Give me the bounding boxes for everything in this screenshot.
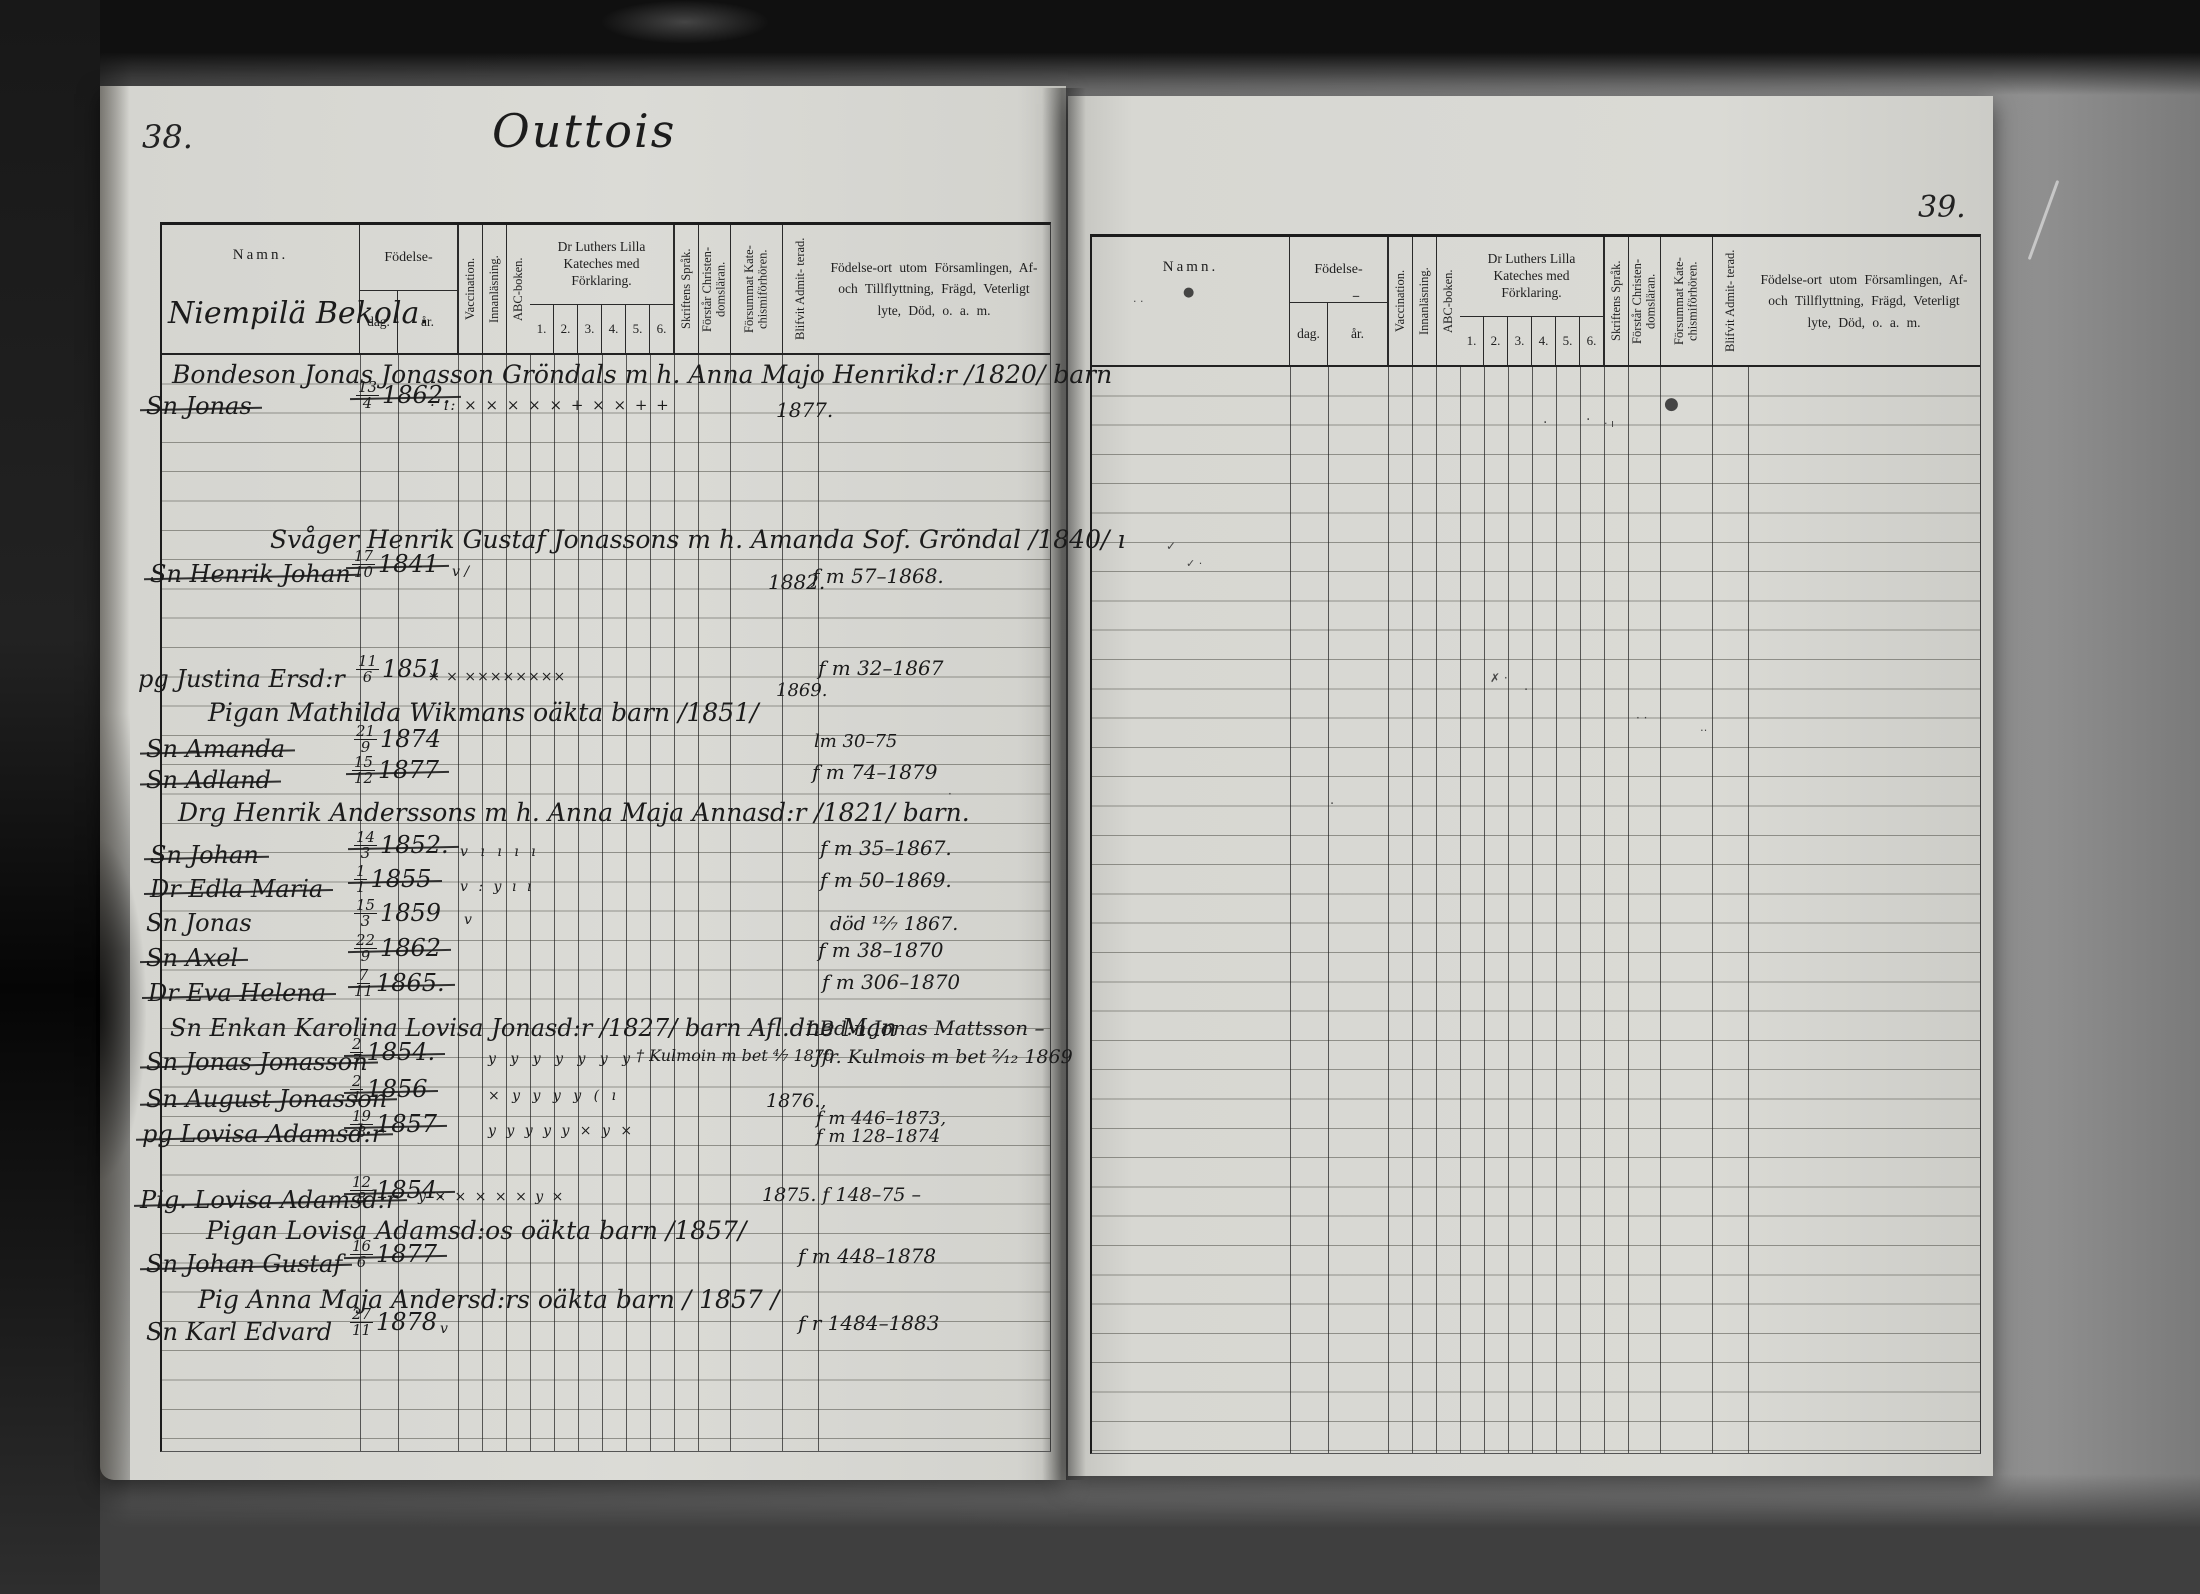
background-left-edge (0, 0, 100, 1594)
column-line (578, 355, 579, 1451)
col-katekes-1: 1. (530, 305, 554, 353)
scratch-mark (2028, 180, 2060, 260)
col-katekes-2: 2. (1484, 317, 1508, 365)
col-namn-label: Namn. (1163, 259, 1218, 276)
col-birth-year-label: år. (1328, 303, 1387, 365)
column-line (1290, 367, 1291, 1453)
col-abc-boken: ABC-boken. (506, 225, 530, 353)
col-birth-subrow: dag. år. (360, 291, 457, 353)
column-line (1460, 367, 1461, 1453)
column-line (482, 355, 483, 1451)
col-forstar-christendomslaran: Förstår Christen- domsläran. (698, 225, 730, 353)
left-register-table: Namn. Födelse- dag. år. Vaccination. Inn… (160, 222, 1051, 1452)
col-innanlasning: Innanläsning. (1412, 237, 1436, 365)
col-katekes-6: 6. (1580, 317, 1603, 365)
col-birth-subrow: dag. år. (1290, 303, 1387, 365)
col-innanlasning: Innanläsning. (482, 225, 506, 353)
col-katekes-label: Dr Luthers Lilla Kateches med Förklaring… (1460, 237, 1603, 317)
col-skriftens-sprak: Skriftens Språk. (1604, 237, 1628, 365)
left-table-body (162, 355, 1050, 1451)
column-line (1660, 367, 1661, 1453)
col-katekes-2: 2. (554, 305, 578, 353)
column-line (1556, 367, 1557, 1453)
column-line (1412, 367, 1413, 1453)
col-notes: Födelse-ort utom Församlingen, Af- och T… (818, 225, 1050, 353)
column-line (1580, 367, 1581, 1453)
column-line (1388, 367, 1389, 1453)
column-line (506, 355, 507, 1451)
column-line (398, 355, 399, 1451)
col-blifvit-admitterad: Blifvit Admit- terad. (782, 225, 818, 353)
col-vaccination: Vaccination. (1388, 237, 1412, 365)
column-line (626, 355, 627, 1451)
col-notes: Födelse-ort utom Församlingen, Af- och T… (1748, 237, 1980, 365)
right-page-number: 39. (1918, 190, 1966, 225)
col-forstar-christendomslaran: Förstår Christen- domsläran. (1628, 237, 1660, 365)
page-title-handwritten: Outtois (492, 104, 676, 158)
column-line (1628, 367, 1629, 1453)
col-blifvit-admitterad: Blifvit Admit- terad. (1712, 237, 1748, 365)
column-line (650, 355, 651, 1451)
column-line (360, 355, 361, 1451)
col-katekes-group: Dr Luthers Lilla Kateches med Förklaring… (530, 225, 674, 353)
column-line (530, 355, 531, 1451)
light-streak (600, 0, 770, 44)
col-birth-year-label: år. (398, 291, 457, 353)
col-forsummat-katechismiforhoren: Försummat Kate- chismiförhören. (1660, 237, 1712, 365)
column-line (782, 355, 783, 1451)
col-birth: Födelse- dag. år. (360, 225, 458, 353)
col-katekes-subrow: 1. 2. 3. 4. 5. 6. (530, 305, 673, 353)
left-page-number: 38. (142, 118, 193, 156)
column-line (1604, 367, 1605, 1453)
col-katekes-4: 4. (602, 305, 626, 353)
book-scan: 38. 39. Outtois Namn. Födelse- dag. år. … (0, 0, 2200, 1594)
column-line (818, 355, 819, 1451)
col-katekes-4: 4. (1532, 317, 1556, 365)
col-birth-label: Födelse- (360, 225, 457, 291)
col-forsummat-katechismiforhoren: Försummat Kate- chismiförhören. (730, 225, 782, 353)
col-birth-day-label: dag. (1290, 303, 1328, 365)
col-birth-day-label: dag. (360, 291, 398, 353)
column-line (1748, 367, 1749, 1453)
column-line (1436, 367, 1437, 1453)
col-katekes-group: Dr Luthers Lilla Kateches med Förklaring… (1460, 237, 1604, 365)
right-table-header: Namn. Födelse- dag. år. Vaccination. Inn… (1092, 237, 1980, 367)
column-line (674, 355, 675, 1451)
col-katekes-1: 1. (1460, 317, 1484, 365)
col-birth-label: Födelse- (1290, 237, 1387, 303)
left-edge-shadow (96, 840, 146, 1180)
column-line (1328, 367, 1329, 1453)
left-table-header: Namn. Födelse- dag. år. Vaccination. Inn… (162, 225, 1050, 355)
col-vaccination: Vaccination. (458, 225, 482, 353)
col-katekes-label: Dr Luthers Lilla Kateches med Förklaring… (530, 225, 673, 305)
col-skriftens-sprak: Skriftens Språk. (674, 225, 698, 353)
col-namn: Namn. (1092, 237, 1290, 365)
col-namn-label: Namn. (233, 247, 288, 264)
col-katekes-5: 5. (626, 305, 650, 353)
background-top-shadow (0, 0, 2200, 95)
column-line (730, 355, 731, 1451)
col-katekes-3: 3. (578, 305, 602, 353)
col-katekes-6: 6. (650, 305, 673, 353)
column-line (458, 355, 459, 1451)
col-namn: Namn. (162, 225, 360, 353)
col-abc-boken: ABC-boken. (1436, 237, 1460, 365)
right-table-body (1092, 367, 1980, 1453)
column-line (554, 355, 555, 1451)
column-line (602, 355, 603, 1451)
column-line (1712, 367, 1713, 1453)
column-line (1508, 367, 1509, 1453)
col-katekes-5: 5. (1556, 317, 1580, 365)
column-line (1532, 367, 1533, 1453)
col-birth: Födelse- dag. år. (1290, 237, 1388, 365)
column-line (698, 355, 699, 1451)
col-katekes-3: 3. (1508, 317, 1532, 365)
col-katekes-subrow: 1. 2. 3. 4. 5. 6. (1460, 317, 1603, 365)
column-line (1484, 367, 1485, 1453)
background-bottom-shadow (0, 1474, 2200, 1594)
right-register-table: Namn. Födelse- dag. år. Vaccination. Inn… (1090, 234, 1981, 1454)
